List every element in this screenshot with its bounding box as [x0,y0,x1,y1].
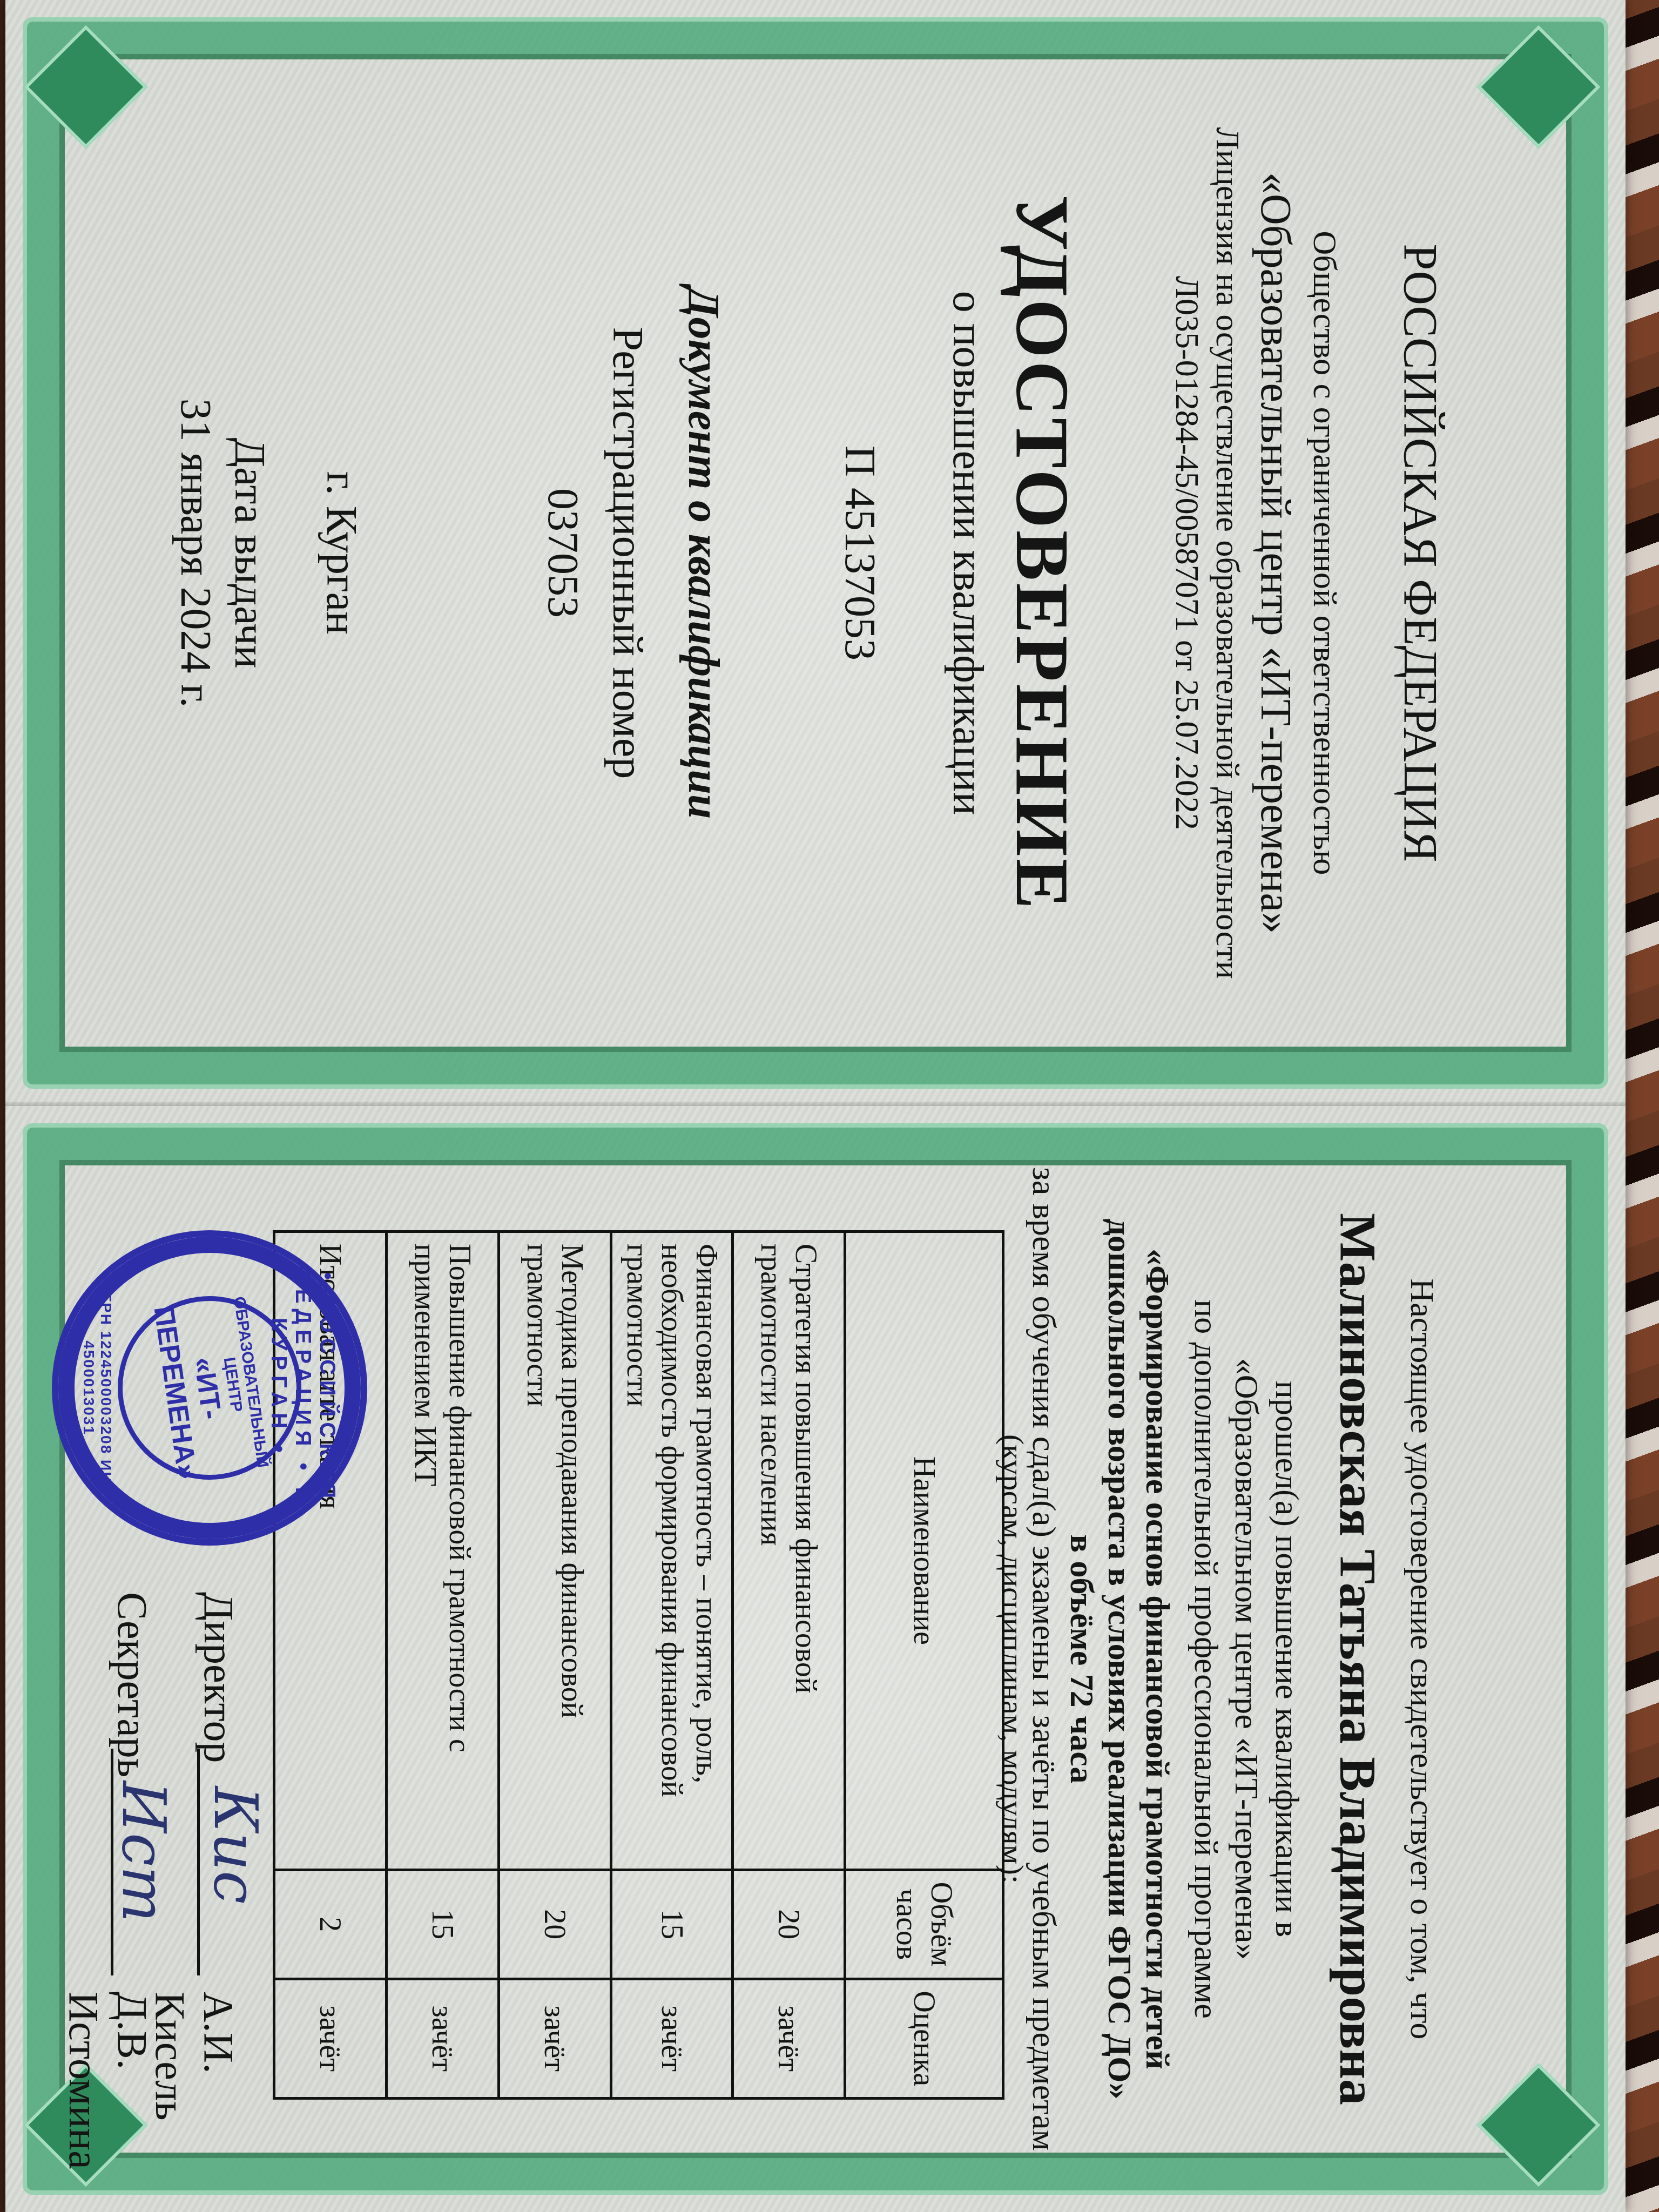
header-grade: Оценка [845,1979,1003,2098]
subject-name: Стратегия повышения финансовой грамотнос… [733,1232,845,1870]
passed-text-1: прошел(а) повышение квалификации в [1267,1106,1307,2212]
issue-city: г. Курган [315,0,367,1106]
subject-grade: зачёт [274,1979,387,2098]
secretary-signature-icon: Ист [109,1781,178,1923]
subject-name: Финансовая грамотность – понятие, роль, … [611,1232,733,1870]
title-page: РОССИЙСКАЯ ФЕДЕРАЦИЯ Общество с ограниче… [5,0,1626,1106]
org-legal-form: Общество с ограниченной ответственностью [1305,0,1345,1106]
subject-hours: 20 [733,1870,845,1979]
person-name: Малиновская Татьяна Владимировна [1328,1106,1388,2212]
series-number: П 45137053 [834,0,886,1106]
license-number: Л035-01284-45/00587071 от 25.07.2022 [1167,0,1207,1106]
license-text: Лицензия на осуществление образовательно… [1208,0,1247,1106]
subject-hours: 20 [499,1870,611,1979]
organization-stamp: • РОССИЙСКАЯ ФЕДЕРАЦИЯ • г. КУРГАН • ОБР… [52,1230,367,1546]
grades-table: Наименование Объём часов Оценка Стратеги… [273,1230,1004,2100]
subject-hours: 15 [611,1870,733,1979]
subject-grade: зачёт [733,1979,845,2098]
certificate-spread: РОССИЙСКАЯ ФЕДЕРАЦИЯ Общество с ограниче… [5,0,1626,2212]
subject-hours: 2 [274,1870,387,1979]
program-title-2: дошкольного возраста в условиях реализац… [1100,1106,1139,2212]
subject-grade: зачёт [499,1979,611,2098]
table-header-row: Наименование Объём часов Оценка [845,1232,1003,2099]
org-name: «Образовательный центр «ИТ-перемена» [1250,0,1301,1106]
country-heading: РОССИЙСКАЯ ФЕДЕРАЦИЯ [1393,0,1447,1106]
subject-grade: зачёт [611,1979,733,2098]
signature-line [197,1749,200,1975]
signature-name-director: А.И. Кисель [146,1992,243,2212]
table-row: Повышение финансовой грамотности с приме… [387,1232,499,2099]
table-row: Стратегия повышения финансовой грамотнос… [733,1232,845,2099]
document-subtitle: о повышении квалификации [942,0,994,1106]
passed-text-2: «Образовательном центре «ИТ-перемена» [1226,1106,1266,2212]
signature-role-director: Директор [194,1592,243,1763]
document-title: УДОСТОВЕРЕНИЕ [999,0,1085,1106]
subject-hours: 15 [387,1870,499,1979]
registration-number: 037053 [537,0,589,1106]
table-row: Методика преподавания финансовой грамотн… [499,1232,611,2099]
passed-text-3: по дополнительной профессиональной прогр… [1186,1106,1226,2212]
table-row: Финансовая грамотность – понятие, роль, … [611,1232,733,2099]
header-hours: Объём часов [845,1870,1003,1979]
signature-role-secretary: Секретарь [108,1592,157,1777]
subject-name: Повышение финансовой грамотности с приме… [387,1232,499,1870]
issue-date: 31 января 2024 г. [170,0,221,1106]
signature-name-secretary: Д.В. Истомина [59,1992,157,2212]
issue-date-label: Дата выдачи [224,0,275,1106]
document-type: Документ о квалификации [678,0,729,1106]
director-signature-icon: Кис [201,1786,270,1904]
subject-name: Методика преподавания финансовой грамотн… [499,1232,611,1870]
subject-grade: зачёт [387,1979,499,2098]
program-volume: в объёме 72 часа [1062,1106,1102,2212]
registration-label: Регистрационный номер [602,0,653,1106]
contents-page: Настоящее удостоверение свидетельствует … [5,1106,1626,2212]
stamp-ids: ОГРН 1224500003208 ИНН 4500013031 [80,1237,114,1539]
program-title-1: «Формирование основ финансовой грамотнос… [1137,1106,1177,2212]
intro-text: Настоящее удостоверение свидетельствует … [1402,1106,1442,2212]
header-name: Наименование [845,1232,1003,1870]
